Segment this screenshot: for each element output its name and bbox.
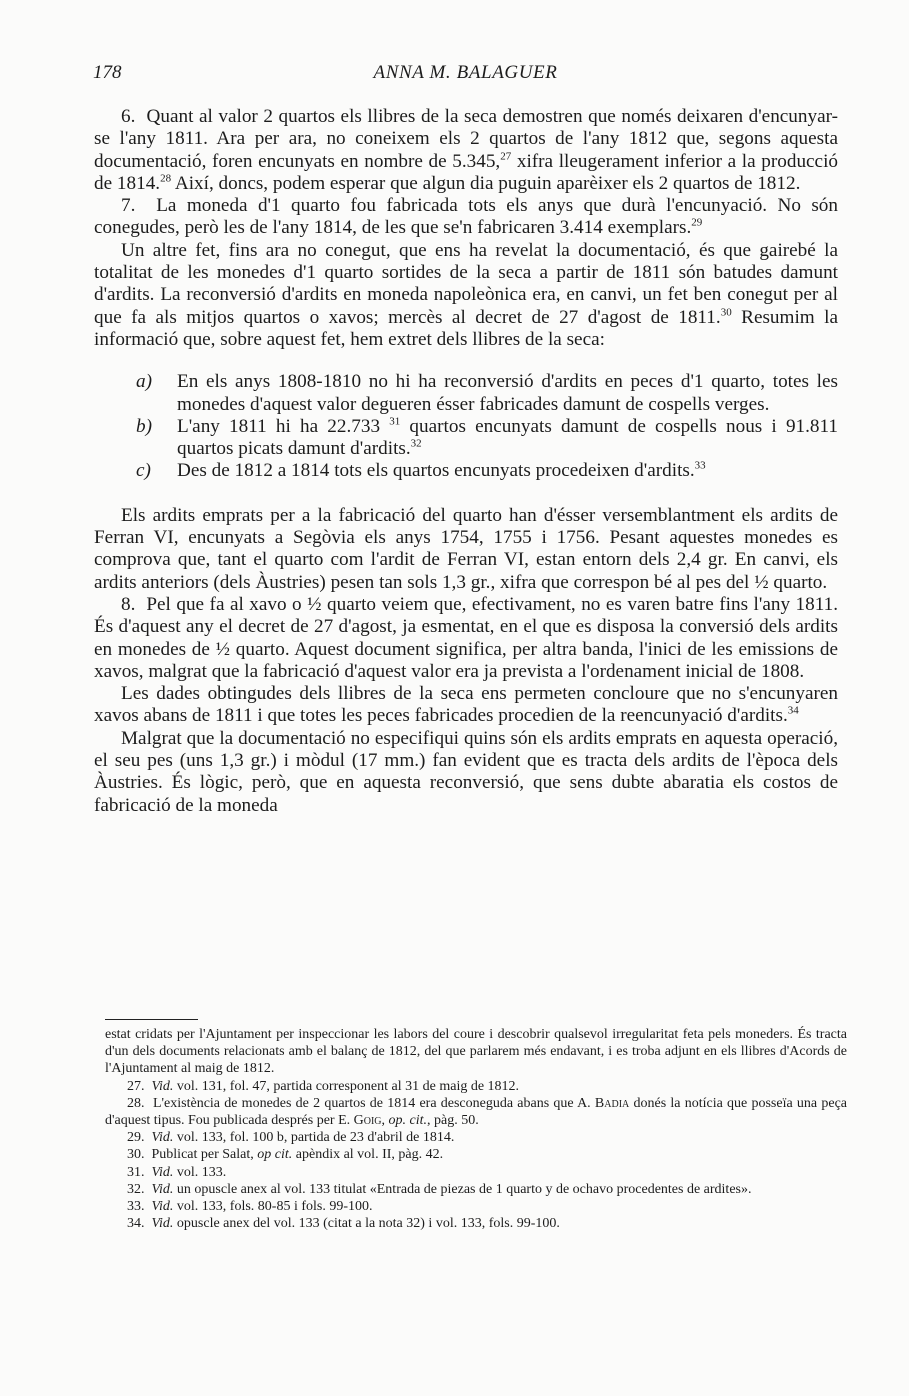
footnote-opcit: op. cit. <box>389 1113 428 1128</box>
footnote-number: 30. <box>127 1147 145 1162</box>
footnote-continuation: estat cridats per l'Ajuntament per inspe… <box>105 1026 847 1078</box>
paragraph-text: La moneda d'1 quarto fou fabricada tots … <box>94 195 838 238</box>
book-page: 178 ANNA M. BALAGUER 6. Quant al valor 2… <box>0 0 909 1396</box>
footnote-text: Publicat per Salat, <box>152 1147 258 1162</box>
footnote-ref-30[interactable]: 30 <box>721 306 732 318</box>
footnote-vid: Vid. <box>152 1182 174 1197</box>
footnote-ref-33[interactable]: 33 <box>695 460 706 472</box>
paragraph-fact: Un altre fet, fins ara no conegut, que e… <box>94 240 838 351</box>
footnote-vid: Vid. <box>152 1199 174 1214</box>
paragraph-8: 8. Pel que fa al xavo o ½ quarto veiem q… <box>94 594 838 683</box>
list-label: a) <box>136 371 152 393</box>
footnotes: estat cridats per l'Ajuntament per inspe… <box>105 1019 847 1232</box>
footnote-30: 30. Publicat per Salat, op cit. apèndix … <box>105 1146 847 1163</box>
paragraph-malgrat: Malgrat que la documentació no especifiq… <box>94 728 838 817</box>
footnote-text: L'existència de monedes de 2 quartos de … <box>153 1096 595 1111</box>
footnote-separator <box>105 1019 198 1020</box>
paragraph-text: Les dades obtingudes dels llibres de la … <box>94 683 838 726</box>
footnote-text: opuscle anex del vol. 133 (citat a la no… <box>173 1216 559 1231</box>
footnote-text: un opuscle anex al vol. 133 titulat «Ent… <box>173 1182 751 1197</box>
footnote-ref-28[interactable]: 28 <box>160 173 171 185</box>
list-item-b: b) L'any 1811 hi ha 22.733 31 quartos en… <box>94 416 838 461</box>
footnote-text: , pàg. 50. <box>427 1113 479 1128</box>
paragraph-number: 6. <box>121 106 135 127</box>
paragraph-dades: Les dades obtingudes dels llibres de la … <box>94 683 838 728</box>
footnote-29: 29. Vid. vol. 133, fol. 100 b, partida d… <box>105 1129 847 1146</box>
footnote-ref-31[interactable]: 31 <box>389 415 400 427</box>
list-item-text: En els anys 1808-1810 no hi ha reconvers… <box>177 371 838 414</box>
footnote-ref-32[interactable]: 32 <box>411 438 422 450</box>
list-item-text: Des de 1812 a 1814 tots els quartos encu… <box>177 460 695 481</box>
footnote-vid: Vid. <box>152 1079 174 1094</box>
footnote-number: 28. <box>127 1096 145 1111</box>
footnote-number: 33. <box>127 1199 145 1214</box>
footnote-34: 34. Vid. opuscle anex del vol. 133 (cita… <box>105 1215 847 1232</box>
footnote-ref-34[interactable]: 34 <box>788 705 799 717</box>
list-label: c) <box>136 460 151 482</box>
findings-list: a) En els anys 1808-1810 no hi ha reconv… <box>94 371 838 482</box>
list-label: b) <box>136 416 152 438</box>
list-item-a: a) En els anys 1808-1810 no hi ha reconv… <box>94 371 838 416</box>
footnote-27: 27. Vid. vol. 131, fol. 47, partida corr… <box>105 1078 847 1095</box>
footnote-vid: Vid. <box>152 1130 174 1145</box>
paragraph-number: 7. <box>121 195 135 216</box>
list-item-text: L'any 1811 hi ha 22.733 <box>177 416 380 437</box>
footnote-32: 32. Vid. un opuscle anex al vol. 133 tit… <box>105 1181 847 1198</box>
running-head: 178 ANNA M. BALAGUER <box>93 62 838 88</box>
paragraph-7: 7. La moneda d'1 quarto fou fabricada to… <box>94 195 838 240</box>
footnote-opcit: op cit. <box>257 1147 292 1162</box>
footnote-ref-27[interactable]: 27 <box>500 150 511 162</box>
footnote-ref-29[interactable]: 29 <box>691 217 702 229</box>
footnote-vid: Vid. <box>152 1216 174 1231</box>
author-name: Badia <box>595 1096 629 1111</box>
footnote-number: 29. <box>127 1130 145 1145</box>
footnote-text: , <box>382 1113 389 1128</box>
paragraph-ardits: Els ardits emprats per a la fabricació d… <box>94 505 838 594</box>
list-item-c: c) Des de 1812 a 1814 tots els quartos e… <box>94 460 838 482</box>
paragraph-number: 8. <box>121 594 135 615</box>
footnote-text: vol. 131, fol. 47, partida corresponent … <box>173 1079 519 1094</box>
footnote-vid: Vid. <box>152 1165 174 1180</box>
paragraph-6: 6. Quant al valor 2 quartos els llibres … <box>94 106 838 195</box>
footnote-31: 31. Vid. vol. 133. <box>105 1164 847 1181</box>
footnote-text: vol. 133, fol. 100 b, partida de 23 d'ab… <box>173 1130 454 1145</box>
paragraph-text: Pel que fa al xavo o ½ quarto veiem que,… <box>94 594 838 682</box>
footnote-28: 28. L'existència de monedes de 2 quartos… <box>105 1095 847 1129</box>
footnote-text: vol. 133, fols. 80-85 i fols. 99-100. <box>173 1199 372 1214</box>
paragraph-text: Així, doncs, podem esperar que algun dia… <box>171 173 800 194</box>
footnote-number: 31. <box>127 1165 145 1180</box>
footnote-33: 33. Vid. vol. 133, fols. 80-85 i fols. 9… <box>105 1198 847 1215</box>
footnote-number: 32. <box>127 1182 145 1197</box>
footnote-number: 27. <box>127 1079 145 1094</box>
footnote-number: 34. <box>127 1216 145 1231</box>
footnote-text: vol. 133. <box>173 1165 226 1180</box>
footnote-text: apèndix al vol. II, pàg. 42. <box>292 1147 443 1162</box>
body-text: 6. Quant al valor 2 quartos els llibres … <box>94 106 838 817</box>
running-title-author: ANNA M. BALAGUER <box>93 62 838 84</box>
author-name: Goig <box>354 1113 382 1128</box>
